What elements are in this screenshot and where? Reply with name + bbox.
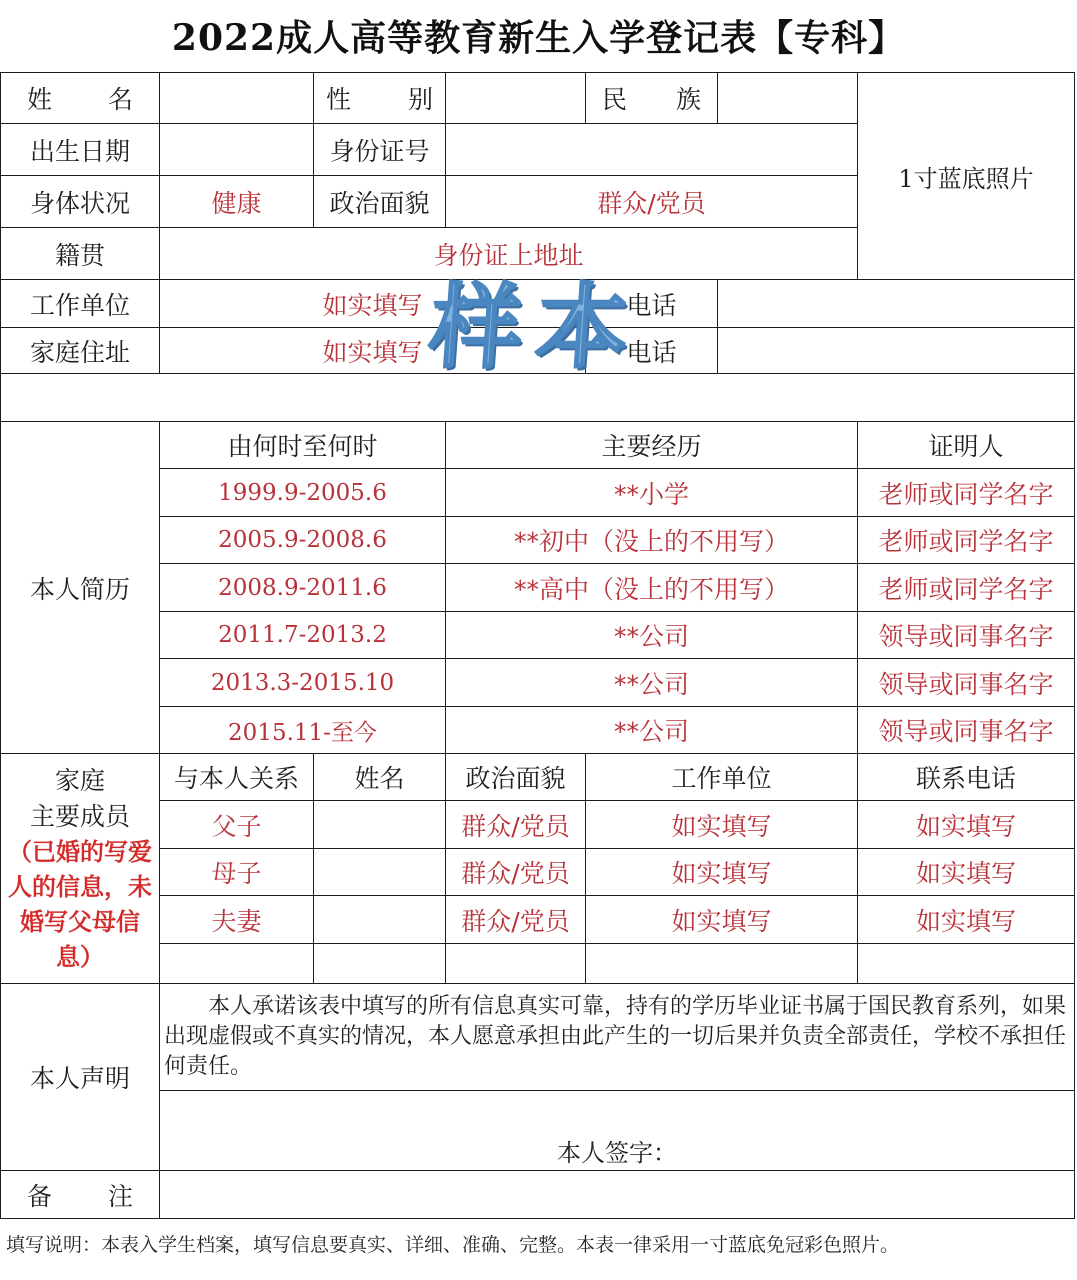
family-name[interactable] bbox=[313, 848, 446, 896]
resume-period[interactable]: 1999.9-2005.6 bbox=[159, 468, 446, 517]
family-phone[interactable]: 如实填写 bbox=[857, 848, 1075, 896]
declaration-label: 本人声明 bbox=[0, 983, 160, 1171]
resume-header-experience: 主要经历 bbox=[445, 421, 858, 469]
home-phone-field[interactable] bbox=[717, 327, 1075, 374]
ethnicity-label-a: 民 bbox=[602, 80, 627, 116]
family-header-phone: 联系电话 bbox=[857, 753, 1075, 801]
gender-label-b: 别 bbox=[408, 80, 433, 116]
family-relation[interactable]: 父子 bbox=[159, 800, 314, 849]
family-political[interactable]: 群众/党员 bbox=[445, 800, 586, 849]
work-phone-label: 电话 bbox=[585, 279, 718, 328]
family-relation[interactable]: 母子 bbox=[159, 848, 314, 896]
birth-field[interactable] bbox=[159, 123, 314, 176]
photo-placeholder[interactable]: 1寸蓝底照片 bbox=[857, 72, 1075, 280]
family-name[interactable] bbox=[313, 895, 446, 944]
family-political[interactable] bbox=[445, 943, 586, 984]
resume-period[interactable]: 2011.7-2013.2 bbox=[159, 611, 446, 659]
home-address-field[interactable]: 如实填写 bbox=[159, 327, 586, 374]
native-place-label: 籍贯 bbox=[0, 227, 160, 280]
resume-witness[interactable]: 领导或同事名字 bbox=[857, 706, 1075, 754]
family-name[interactable] bbox=[313, 943, 446, 984]
resume-witness[interactable]: 领导或同事名字 bbox=[857, 611, 1075, 659]
ethnicity-field[interactable] bbox=[717, 72, 858, 124]
resume-header-period: 由何时至何时 bbox=[159, 421, 446, 469]
resume-witness[interactable]: 老师或同学名字 bbox=[857, 563, 1075, 612]
resume-experience[interactable]: **初中（没上的不用写） bbox=[445, 516, 858, 564]
footer-instructions: 填写说明：本表入学生档案，填写信息要真实、详细、准确、完整。本表一律采用一寸蓝底… bbox=[6, 1230, 899, 1257]
native-place-field[interactable]: 身份证上地址 bbox=[159, 227, 858, 280]
remarks-field[interactable] bbox=[159, 1170, 1075, 1219]
work-unit-label: 工作单位 bbox=[0, 279, 160, 328]
health-field[interactable]: 健康 bbox=[159, 175, 314, 228]
family-label-line1: 家庭 bbox=[55, 763, 105, 799]
family-header-work: 工作单位 bbox=[585, 753, 858, 801]
work-unit-field[interactable]: 如实填写 bbox=[159, 279, 586, 328]
family-note: （已婚的写爱人的信息，未婚写父母信息） bbox=[5, 835, 155, 975]
family-political[interactable]: 群众/党员 bbox=[445, 895, 586, 944]
family-work[interactable] bbox=[585, 943, 858, 984]
remarks-label-a: 备 bbox=[27, 1177, 52, 1213]
resume-experience[interactable]: **公司 bbox=[445, 658, 858, 707]
id-label: 身份证号 bbox=[313, 123, 446, 176]
family-work[interactable]: 如实填写 bbox=[585, 895, 858, 944]
family-phone[interactable]: 如实填写 bbox=[857, 895, 1075, 944]
family-header-name: 姓名 bbox=[313, 753, 446, 801]
resume-witness[interactable]: 领导或同事名字 bbox=[857, 658, 1075, 707]
work-phone-field[interactable] bbox=[717, 279, 1075, 328]
name-label-b: 名 bbox=[108, 80, 133, 116]
home-phone-label: 电话 bbox=[585, 327, 718, 374]
form-title: 2022成人高等教育新生入学登记表【专科】 bbox=[0, 8, 1077, 68]
blank-row bbox=[0, 373, 1075, 422]
resume-experience[interactable]: **高中（没上的不用写） bbox=[445, 563, 858, 612]
name-field[interactable] bbox=[159, 72, 314, 124]
health-label: 身体状况 bbox=[0, 175, 160, 228]
remarks-label-b: 注 bbox=[108, 1177, 133, 1213]
signature-field[interactable]: 本人签字： bbox=[159, 1090, 1075, 1171]
ethnicity-label: 民 族 bbox=[585, 72, 718, 124]
gender-field[interactable] bbox=[445, 72, 586, 124]
family-phone[interactable] bbox=[857, 943, 1075, 984]
political-label: 政治面貌 bbox=[313, 175, 446, 228]
resume-period[interactable]: 2008.9-2011.6 bbox=[159, 563, 446, 612]
name-label: 姓 名 bbox=[0, 72, 160, 124]
resume-period[interactable]: 2005.9-2008.6 bbox=[159, 516, 446, 564]
birth-label: 出生日期 bbox=[0, 123, 160, 176]
resume-period[interactable]: 2013.3-2015.10 bbox=[159, 658, 446, 707]
resume-experience[interactable]: **公司 bbox=[445, 611, 858, 659]
resume-experience[interactable]: **公司 bbox=[445, 706, 858, 754]
family-relation[interactable]: 夫妻 bbox=[159, 895, 314, 944]
resume-header-witness: 证明人 bbox=[857, 421, 1075, 469]
resume-section-label: 本人简历 bbox=[0, 421, 160, 754]
name-label-a: 姓 bbox=[27, 80, 52, 116]
resume-experience[interactable]: **小学 bbox=[445, 468, 858, 517]
resume-witness[interactable]: 老师或同学名字 bbox=[857, 516, 1075, 564]
family-header-political: 政治面貌 bbox=[445, 753, 586, 801]
family-section-label: 家庭 主要成员 （已婚的写爱人的信息，未婚写父母信息） bbox=[0, 753, 160, 984]
family-phone[interactable]: 如实填写 bbox=[857, 800, 1075, 849]
family-label-line2: 主要成员 bbox=[30, 799, 130, 835]
family-work[interactable]: 如实填写 bbox=[585, 800, 858, 849]
family-header-relation: 与本人关系 bbox=[159, 753, 314, 801]
remarks-label: 备 注 bbox=[0, 1170, 160, 1219]
family-name[interactable] bbox=[313, 800, 446, 849]
family-political[interactable]: 群众/党员 bbox=[445, 848, 586, 896]
family-relation[interactable] bbox=[159, 943, 314, 984]
political-field[interactable]: 群众/党员 bbox=[445, 175, 858, 228]
declaration-text: 本人承诺该表中填写的所有信息真实可靠，持有的学历毕业证书属于国民教育系列，如果出… bbox=[159, 983, 1075, 1091]
gender-label-a: 性 bbox=[326, 80, 351, 116]
ethnicity-label-b: 族 bbox=[676, 80, 701, 116]
id-field[interactable] bbox=[445, 123, 858, 176]
home-address-label: 家庭住址 bbox=[0, 327, 160, 374]
resume-period[interactable]: 2015.11-至今 bbox=[159, 706, 446, 754]
resume-witness[interactable]: 老师或同学名字 bbox=[857, 468, 1075, 517]
gender-label: 性 别 bbox=[313, 72, 446, 124]
family-work[interactable]: 如实填写 bbox=[585, 848, 858, 896]
